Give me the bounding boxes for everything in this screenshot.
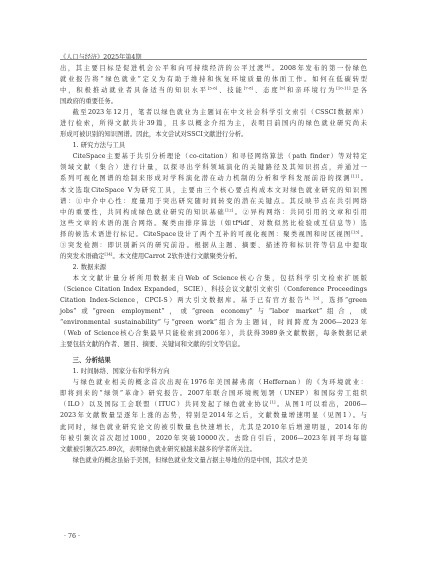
text-line: （ILO）以及国际工会联盟（ITUC）共同发起了绿色就业协议[1]。从图1可以看… [60, 399, 367, 410]
text-line: 三、分析结果 [60, 355, 367, 366]
text-line: 2023年文献数量呈逐年上涨的态势，特别是2014年之后，文献数量增速明显（见图… [60, 410, 367, 421]
text-line: 出，其主要目标是促进机会公平和向可持续经济的公平过渡[4]。2008年发布的第一… [60, 63, 367, 74]
citation-marker[interactable]: [12] [225, 207, 233, 212]
text-line: 这些文章的术语的混合网络。聚类由排序算法（如tf*idf、对数似然比检验或互信息… [60, 218, 367, 229]
citation-marker[interactable]: [1] [270, 400, 276, 405]
text-line: （Science Citation Index Expanded，SCIE）、科… [60, 284, 367, 295]
text-line: 系列可视化图谱的绘制来形成对学科演化潜在动力机制的分析和学科发展前沿的探测[11… [60, 173, 367, 184]
text-line: 就业报告将“绿色就业”定义为有助于维持和恢复环境质量的体面工作。如何在低碳转型 [60, 74, 367, 85]
citation-marker[interactable]: [7-8] [244, 86, 253, 91]
paragraph: 出，其主要目标是促进机会公平和向可持续经济的公平过渡[4]。2008年发布的第一… [60, 63, 367, 107]
text-line: 进行检索，所得文献共计39篇，且多以概念介绍为主，表明目前国内的绿色就业研究尚未 [60, 118, 367, 129]
text-line: 的突发术语确定[14]。本文使用Carrot 2软件进行文献聚类分析。 [60, 251, 367, 262]
text-line: 国政府的重要任务。 [60, 96, 367, 107]
text-line: 本文选取CiteSpace V为研究工具，主要由三个核心要点构成本文对绿色就业研… [60, 185, 367, 196]
text-line: 形成可被识别的知识图谱。因此，本文尝试对SSCI文献进行分析。 [60, 129, 367, 140]
text-line: 1. 时间脉络、国家分布和学科方向 [60, 366, 367, 377]
journal-page: 《人口与经济》2025年第4期 出，其主要目标是促进机会公平和向可持续经济的公平… [0, 0, 427, 575]
section-heading: 1. 研究方法与工具 [60, 140, 367, 151]
text-line: 2. 数据来源 [60, 262, 367, 273]
text-line: jobs”或“green employment”，或“green economy… [60, 306, 367, 317]
citation-marker[interactable]: [9] [280, 86, 286, 91]
section-heading: 2. 数据来源 [60, 262, 367, 273]
text-line: 主要包括文献的作者、题目、摘要、关键词和文献的引文等信息。 [60, 339, 367, 350]
section-heading: 三、分析结果 [60, 355, 367, 366]
text-line: 文献被引频次25.89次，表明绿色就业研究被越来越多的学者所关注。 [60, 444, 367, 455]
article-body: 出，其主要目标是促进机会公平和向可持续经济的公平过渡[4]。2008年发布的第一… [60, 63, 367, 466]
text-line: 本文文献计量分析所用数据来自Web of Science核心合集，包括科学引文检… [60, 273, 367, 284]
text-line: 即将到来的“绿领”革命》研究报告。2007年联合国环境规划署（UNEP）和国际劳… [60, 388, 367, 399]
text-line: （Web of Science核心合集最早只能检索到2006年），共获得3989… [60, 328, 367, 339]
text-line: 中的重要性，共同构成绿色就业研究的知识基础[12]。②异构网络：共同引用的文章和… [60, 207, 367, 218]
paragraph: 截至2023年12月，笔者以绿色就业为主题词在中文社会科学引文索引（CSSCI数… [60, 107, 367, 140]
text-line: 中，积极推动就业者具备适当的知识水平[5-6]、技能[7-8]、态度[9]和亲环… [60, 85, 367, 96]
page-number: · 76 · [64, 533, 80, 540]
text-line: CiteSpace主要基于共引分析理论（co-citation）和寻径网络算法（… [60, 151, 367, 162]
section-heading: 1. 时间脉络、国家分布和学科方向 [60, 366, 367, 377]
text-line: Citation Index-Science，CPCI-S）两大引文数据库。基于… [60, 295, 367, 306]
citation-marker[interactable]: [13] [351, 229, 359, 234]
citation-marker[interactable]: [5-6] [208, 86, 217, 91]
text-line: 1. 研究方法与工具 [60, 140, 367, 151]
header-rule [60, 59, 367, 60]
paragraph: CiteSpace主要基于共引分析理论（co-citation）和寻径网络算法（… [60, 151, 367, 261]
citation-marker[interactable]: [10-11] [336, 86, 350, 91]
text-line: 截至2023年12月，笔者以绿色就业为主题词在中文社会科学引文索引（CSSCI数… [60, 107, 367, 118]
paragraph: 绿色就业的概念虽始于美国，但绿色就业发文量占据主导地位的是中国，其次才是美 [60, 455, 367, 466]
text-line: ③突发检测：即识别新兴的研究前沿。根据从主题、摘要、描述符和标识符等信息中提取 [60, 240, 367, 251]
text-line: 领域文献（集合）进行计量，以探寻出学科领域演化的关键路径及其知识拐点，并通过一 [60, 162, 367, 173]
citation-marker[interactable]: [4] [265, 64, 271, 69]
text-line: 谱：①中介中心性：度量用于突出研究随时间转变的潜在关键点。其反映节点在共引网络 [60, 196, 367, 207]
citation-marker[interactable]: [11] [351, 174, 359, 179]
text-line: 绿色就业的概念虽始于美国，但绿色就业发文量占据主导地位的是中国，其次才是美 [60, 455, 367, 466]
citation-marker[interactable]: [4, 15] [305, 295, 320, 300]
citation-marker[interactable]: [14] [104, 251, 112, 256]
paragraph: 本文文献计量分析所用数据来自Web of Science核心合集，包括科学引文检… [60, 273, 367, 350]
text-line: 择的候选术语进行标记。CiteSpace设计了两个互补的可视化视图：聚类视图和时… [60, 229, 367, 240]
text-line: 与绿色就业相关的概念首次出现在1976年美国赫弗南（Heffernan）的《为环… [60, 377, 367, 388]
paragraph: 与绿色就业相关的概念首次出现在1976年美国赫弗南（Heffernan）的《为环… [60, 377, 367, 454]
text-line: 年被引频次首次超过1000，2020年突破10000次。去除自引后，2006—2… [60, 433, 367, 444]
text-line: 此同时，绿色就业研究论文的被引数量也快速增长，尤其是2010年后增速明显，201… [60, 422, 367, 433]
text-line: “environmental sustainability”与“green wo… [60, 317, 367, 328]
